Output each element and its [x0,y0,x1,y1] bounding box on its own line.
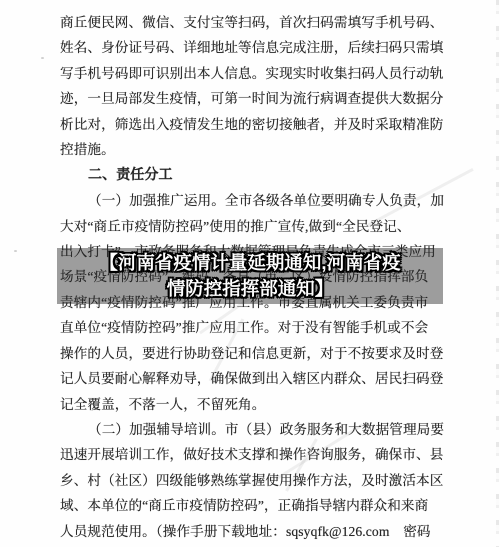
caption-overlay: 【河南省疫情计量延期通知,河南省疫 情防控指挥部通知】 [57,248,443,304]
document-line: 操作的人员，要进行协助登记和信息更新，对于不按要求及时登 [60,341,442,366]
section-heading-responsibility: 二、责任分工 [60,163,442,188]
document-line: （二）加强辅导培训。市（县）政务服务和大数据管理局要 [60,417,442,442]
scan-speck [14,250,17,252]
document-line: 域、本单位的“商丘市疫情防控码”，正确指导辖内群众和来商 [60,493,442,518]
document-line: 商丘便民网、微信、支付宝等扫码，首次扫码需填写手机号码、 [60,10,442,35]
document-line: 人员规范使用。（操作手册下载地址：sqsyqfk@126.com 密码 [60,519,442,544]
document-line: 析比对，筛选出入疫情发生地的密切接触者，并及时采取精准防 [60,112,442,137]
document-line: 控措施。 [60,137,442,162]
scanned-document-page: 商丘便民网、微信、支付宝等扫码，首次扫码需填写手机号码、 姓名、身份证号码、详细… [0,0,500,547]
document-line: 迅速开展培训工作，做好技术支撑和操作咨询服务，确保市、县 [60,442,442,467]
document-line: 乡、村（社区）四级能够熟练掌握使用操作方法，及时激活本区 [60,468,442,493]
caption-line: 【河南省疫情计量延期通知,河南省疫 [99,250,400,276]
document-line: 迹，一旦局部发生疫情，可第一时间为流行病调查提供大数据分 [60,86,442,111]
document-line: 姓名、身份证号码、详细地址等信息完成注册，后续扫码只需填 [60,35,442,60]
document-line: 直单位“疫情防控码”推广应用工作。对于没有智能手机或不会 [60,315,442,340]
document-line: （一）加强推广运用。全市各级各单位要明确专人负责，加 [60,188,442,213]
scan-edge-noise [496,0,499,547]
document-line: 写手机号码即可识别出本人信息。实现实时收集扫码人员行动轨 [60,61,442,86]
document-line: 记人员要耐心解释劝导，确保做到出入辖区内群众、居民扫码登 [60,366,442,391]
caption-line: 情防控指挥部通知】 [167,276,334,302]
scan-speck [41,57,44,59]
document-line: 记全覆盖，不落一人，不留死角。 [60,392,442,417]
